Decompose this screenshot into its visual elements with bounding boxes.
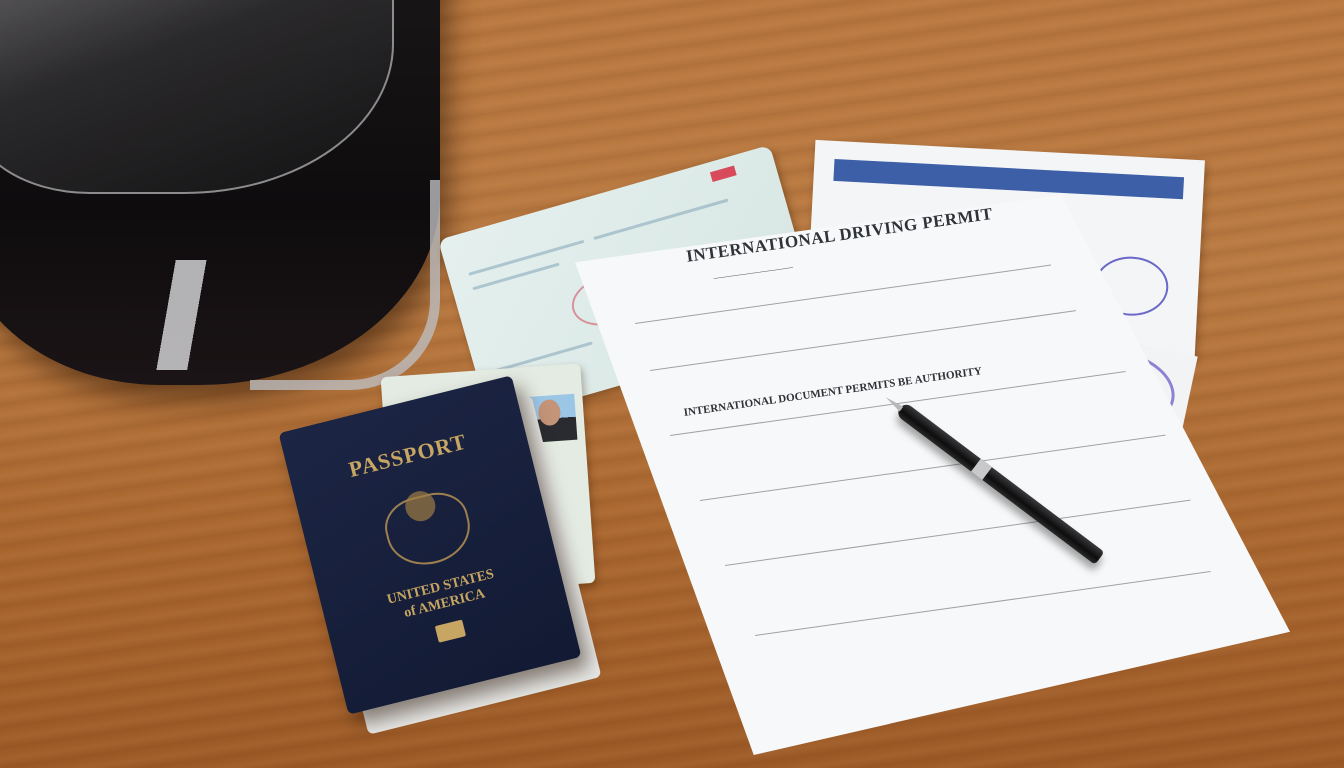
form-header-band: [833, 159, 1184, 199]
biometric-chip-icon: [435, 619, 466, 642]
card-text-line: [468, 240, 584, 276]
passport-title: PASSPORT: [288, 414, 527, 497]
driving-permit-form: INTERNATIONAL DRIVING PERMIT ———————— IN…: [575, 195, 1290, 755]
form-sheet: [575, 195, 1290, 755]
card-text-line: [472, 263, 559, 291]
helmet-trim: [250, 180, 440, 390]
flag-icon: [710, 166, 737, 183]
